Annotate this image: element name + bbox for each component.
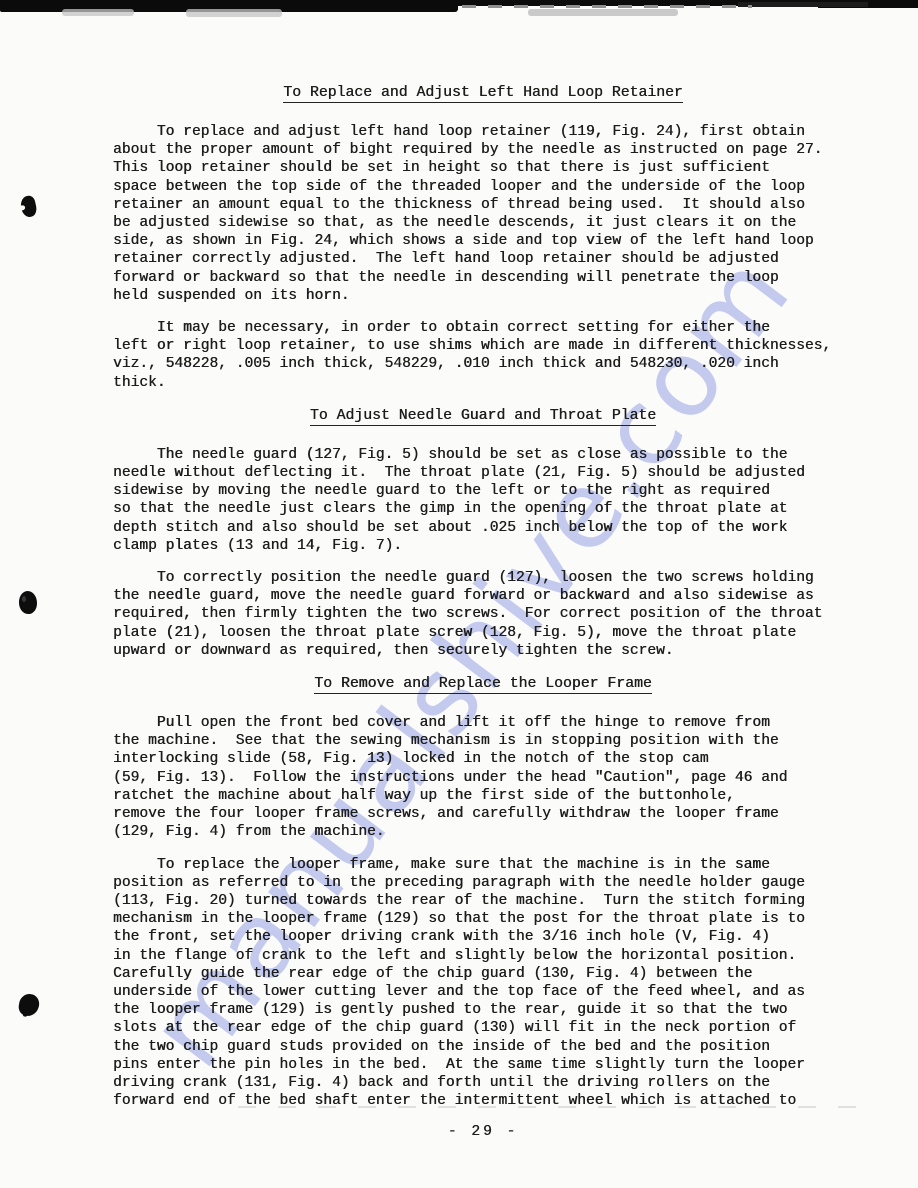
scan-smudge	[186, 9, 282, 17]
scan-smudge	[528, 9, 678, 16]
ink-spot	[19, 591, 37, 614]
section-heading-needle-guard: To Adjust Needle Guard and Throat Plate	[113, 407, 853, 426]
scan-artifact-top-bar-right-mid	[738, 2, 868, 7]
paragraph: It may be necessary, in order to obtain …	[113, 319, 918, 392]
paragraph: To correctly position the needle guard (…	[113, 569, 918, 660]
paragraph: The needle guard (127, Fig. 5) should be…	[113, 446, 918, 555]
heading-text: To Adjust Needle Guard and Throat Plate	[310, 408, 656, 426]
paragraph: To replace and adjust left hand loop ret…	[113, 123, 918, 305]
section-heading-loop-retainer: To Replace and Adjust Left Hand Loop Ret…	[113, 84, 853, 103]
paragraph: Pull open the front bed cover and lift i…	[113, 714, 918, 841]
page-number: - 29 -	[113, 1124, 853, 1140]
scan-artifact-dashed-line	[462, 5, 752, 8]
paragraph: To replace the looper frame, make sure t…	[113, 856, 918, 1111]
scan-smudge	[62, 9, 134, 16]
section-heading-looper-frame: To Remove and Replace the Looper Frame	[113, 675, 853, 694]
page-content: To Replace and Adjust Left Hand Loop Ret…	[0, 0, 918, 1140]
heading-text: To Remove and Replace the Looper Frame	[314, 676, 651, 694]
heading-text: To Replace and Adjust Left Hand Loop Ret…	[283, 85, 683, 103]
scanned-manual-page: manualshive.com To Replace and Adjust Le…	[0, 0, 918, 1188]
